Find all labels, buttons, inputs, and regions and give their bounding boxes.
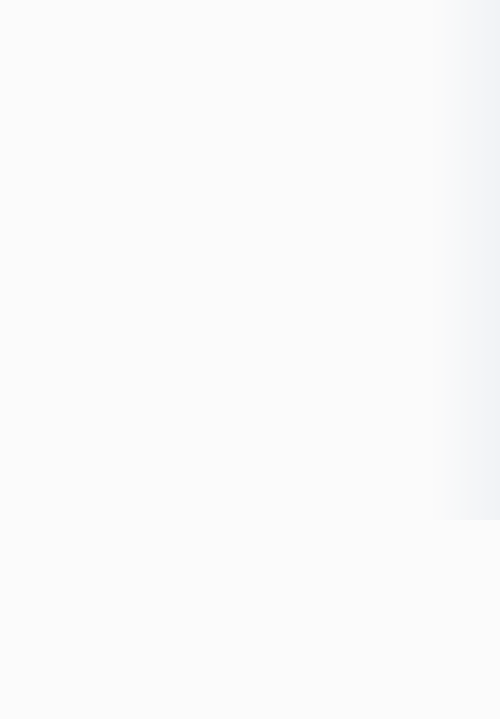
scan-bleed-through: [430, 0, 500, 520]
document-page: [0, 0, 500, 719]
